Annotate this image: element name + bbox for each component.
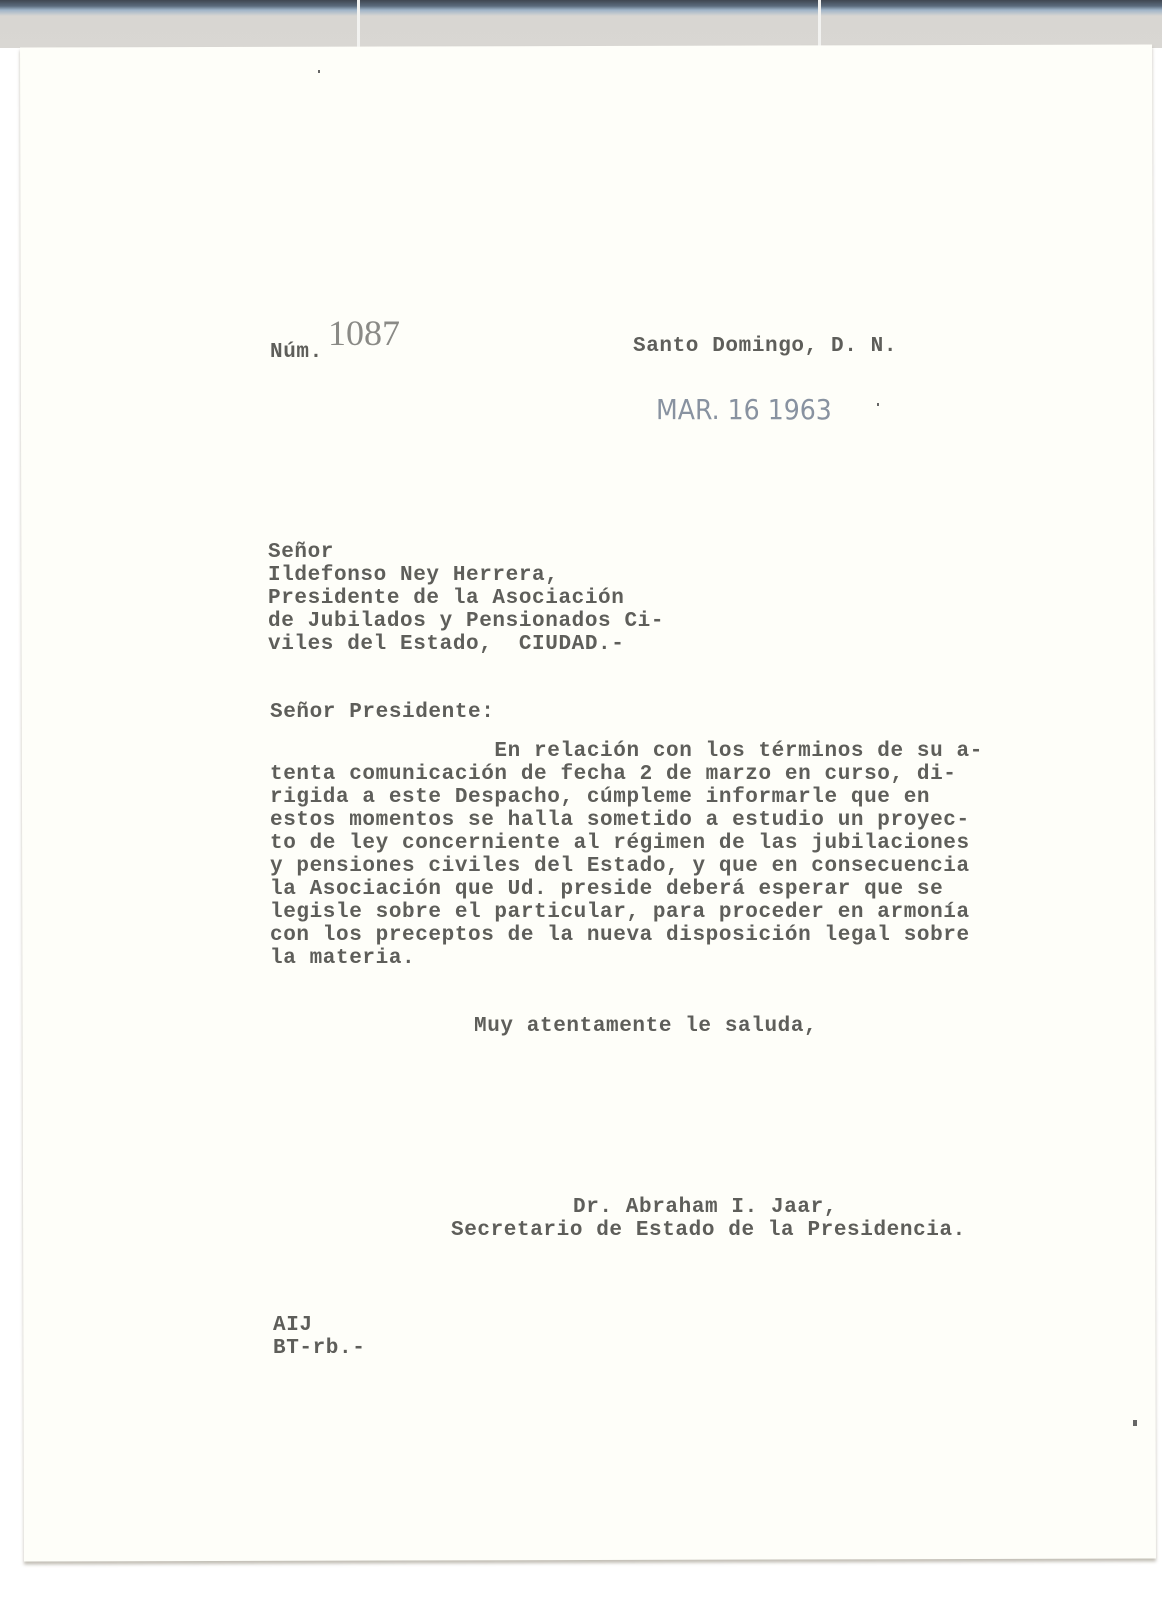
salutation: Señor Presidente: [270, 702, 494, 723]
body-line: rigida a este Despacho, cúmpleme informa… [270, 787, 930, 808]
reference: BT-rb.- [273, 1338, 365, 1359]
strip-divider [357, 0, 360, 48]
body-line: to de ley concerniente al régimen de las… [270, 833, 970, 854]
body-line: la Asociación que Ud. preside deberá esp… [270, 879, 943, 900]
body-line: y pensiones civiles del Estado, y que en… [270, 856, 970, 877]
date-stamp: MAR. 16 1963 [656, 393, 832, 426]
body-line: tenta comunicación de fecha 2 de marzo e… [270, 764, 957, 785]
recipient-line: de Jubilados y Pensionados Ci- [268, 611, 664, 632]
recipient-line: Señor [268, 542, 334, 563]
signer-title: Secretario de Estado de la Presidencia. [451, 1220, 966, 1241]
body-line: En relación con los términos de su a- [270, 741, 983, 762]
initials: AIJ [273, 1315, 313, 1336]
strip-divider [818, 0, 821, 48]
scan-speck [877, 403, 879, 406]
recipient-line: Ildefonso Ney Herrera, [268, 565, 558, 586]
signer-name: Dr. Abraham I. Jaar, [573, 1197, 837, 1218]
body-line: estos momentos se halla sometido a estud… [270, 810, 970, 831]
scan-speck [1133, 1420, 1137, 1426]
scanner-background-strip [0, 0, 1162, 48]
number-label: Núm. [270, 342, 323, 363]
place-line: Santo Domingo, D. N. [633, 336, 897, 357]
number-value: 1087 [328, 312, 400, 354]
body-line: la materia. [270, 948, 415, 969]
recipient-line: viles del Estado, CIUDAD.- [268, 634, 624, 655]
body-line: con los preceptos de la nueva disposició… [270, 925, 970, 946]
scan-speck [318, 70, 320, 73]
recipient-line: Presidente de la Asociación [268, 588, 624, 609]
body-line: legisle sobre el particular, para proced… [270, 902, 970, 923]
closing: Muy atentamente le saluda, [474, 1016, 817, 1037]
